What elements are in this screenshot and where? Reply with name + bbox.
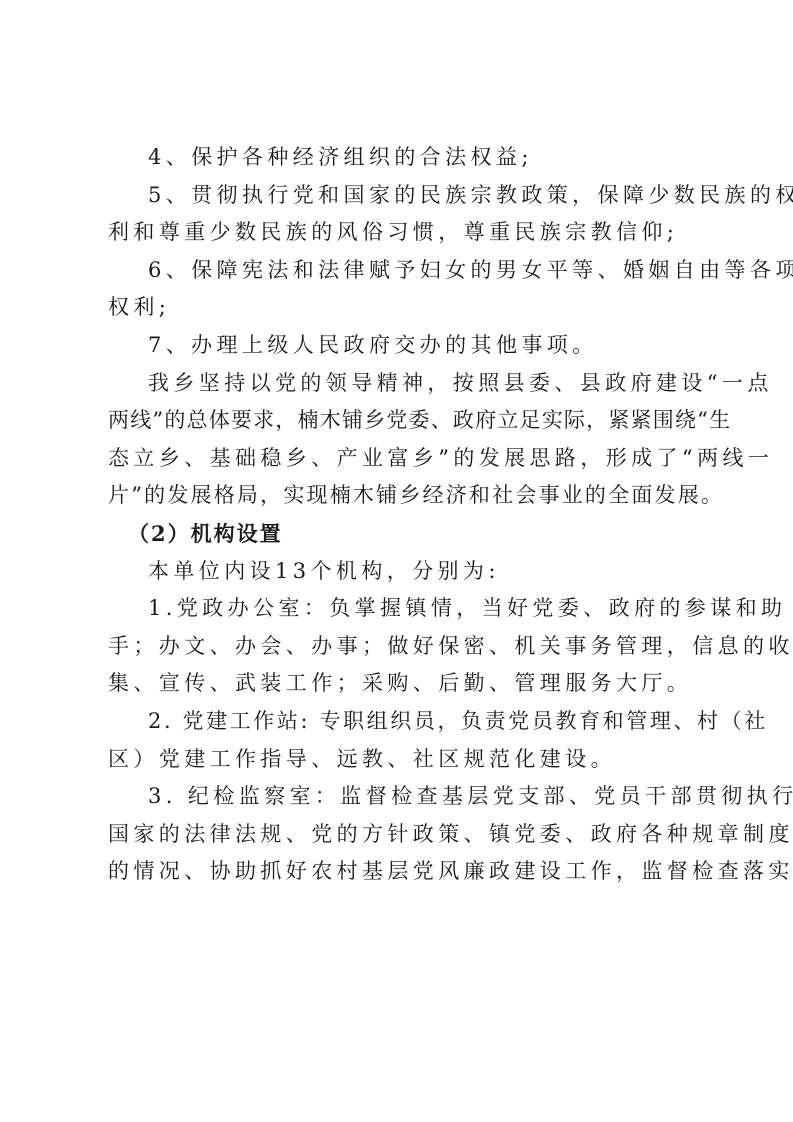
paragraph-development-cont-1: 两线”的总体要求，楠木铺乡党委、政府立足实际，紧紧围绕“生	[108, 402, 694, 440]
paragraph-development: 我乡坚持以党的领导精神，按照县委、县政府建设“一点	[108, 365, 694, 403]
org-item-1-cont-1: 手；办文、办会、办事；做好保密、机关事务管理，信息的收	[108, 628, 694, 666]
org-item-1-cont-2: 集、宣传、武装工作；采购、后勤、管理服务大厅。	[108, 665, 694, 703]
list-item-6-cont: 权利;	[108, 289, 694, 327]
document-page: 4、保护各种经济组织的合法权益; 5、贯彻执行党和国家的民族宗教政策，保障少数民…	[108, 139, 694, 891]
org-item-3-cont-2: 的情况、协助抓好农村基层党风廉政建设工作，监督检查落实	[108, 853, 694, 891]
list-item-6: 6、保障宪法和法律赋予妇女的男女平等、婚姻自由等各项	[108, 252, 694, 290]
org-item-2-cont: 区）党建工作指导、远教、社区规范化建设。	[108, 741, 694, 779]
list-item-4: 4、保护各种经济组织的合法权益;	[108, 139, 694, 177]
list-item-7: 7、办理上级人民政府交办的其他事项。	[108, 327, 694, 365]
org-item-2: 2. 党建工作站: 专职组织员，负责党员教育和管理、村（社	[108, 703, 694, 741]
org-item-3-cont-1: 国家的法律法规、党的方针政策、镇党委、政府各种规章制度	[108, 816, 694, 854]
org-item-1: 1.党政办公室：负掌握镇情，当好党委、政府的参谋和助	[108, 590, 694, 628]
section-heading: （2）机构设置	[108, 515, 694, 553]
paragraph-development-cont-2: 态立乡、基础稳乡、产业富乡”的发展思路，形成了“两线一	[108, 440, 694, 478]
org-item-3: 3. 纪检监察室：监督检查基层党支部、党员干部贯彻执行	[108, 778, 694, 816]
paragraph-intro: 本单位内设13个机构，分别为:	[108, 553, 694, 591]
list-item-5: 5、贯彻执行党和国家的民族宗教政策，保障少数民族的权	[108, 177, 694, 215]
list-item-5-cont: 利和尊重少数民族的风俗习惯，尊重民族宗教信仰;	[108, 214, 694, 252]
paragraph-development-cont-3: 片”的发展格局，实现楠木铺乡经济和社会事业的全面发展。	[108, 477, 694, 515]
